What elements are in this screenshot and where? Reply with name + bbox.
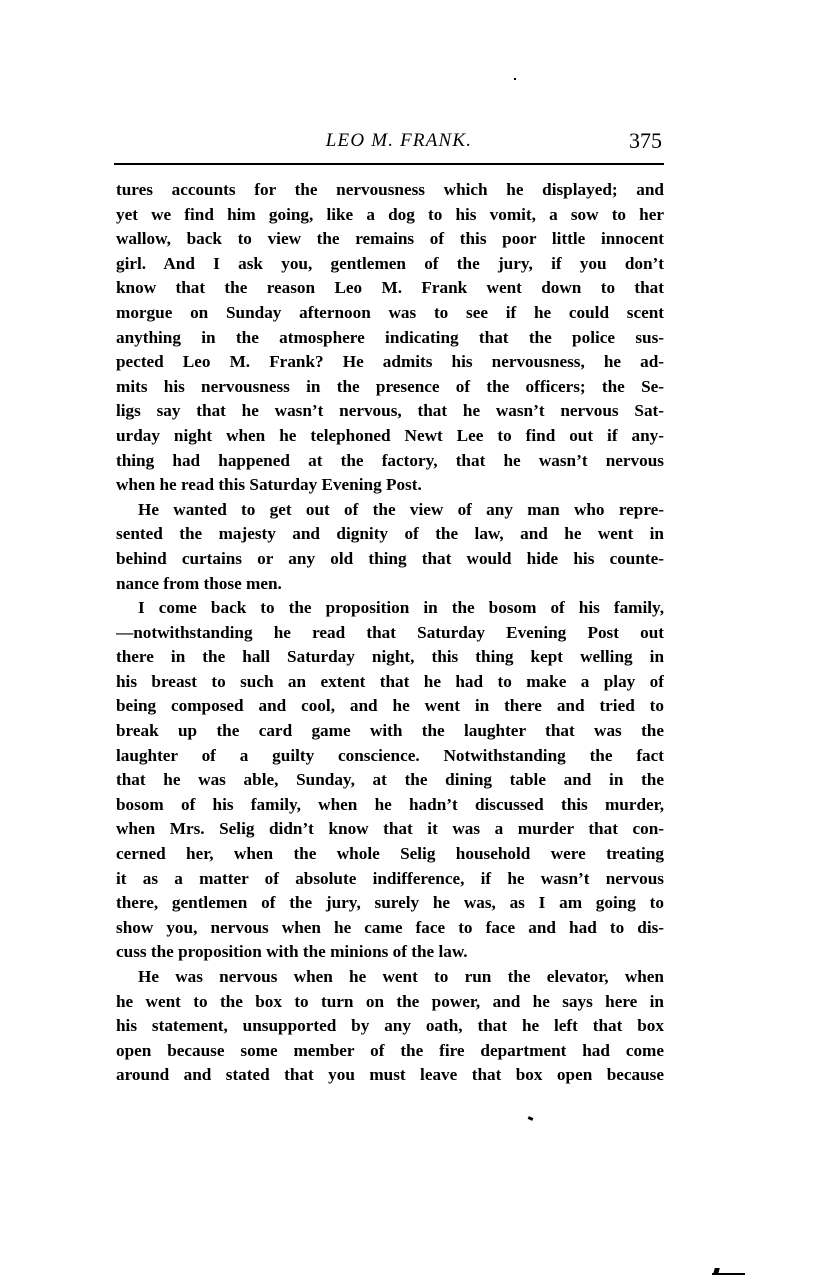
text-line: when he read this Saturday Evening Post. xyxy=(116,473,664,498)
paragraph: I come back to the proposition in the bo… xyxy=(116,596,664,965)
text-line: I come back to the proposition in the bo… xyxy=(116,596,664,621)
text-line: morgue on Sunday afternoon was to see if… xyxy=(116,301,664,326)
text-line: break up the card game with the laughter… xyxy=(116,719,664,744)
scan-speck-top xyxy=(514,78,516,80)
paragraph: He was nervous when he went to run the e… xyxy=(116,965,664,1088)
scan-speck-bottom xyxy=(528,1116,534,1121)
header-rule xyxy=(114,163,664,165)
text-line: his breast to such an extent that he had… xyxy=(116,670,664,695)
text-line: laughter of a guilty conscience. Notwith… xyxy=(116,744,664,769)
paragraph: He wanted to get out of the view of any … xyxy=(116,498,664,596)
text-line: anything in the atmosphere indicating th… xyxy=(116,326,664,351)
text-line: show you, nervous when he came face to f… xyxy=(116,916,664,941)
paragraph: tures accounts for the nervousness which… xyxy=(116,178,664,498)
text-line: yet we find him going, like a dog to his… xyxy=(116,203,664,228)
text-line: around and stated that you must leave th… xyxy=(116,1063,664,1088)
text-line: bosom of his family, when he hadn’t disc… xyxy=(116,793,664,818)
text-line: know that the reason Leo M. Frank went d… xyxy=(116,276,664,301)
text-line: urday night when he telephoned Newt Lee … xyxy=(116,424,664,449)
text-line: he went to the box to turn on the power,… xyxy=(116,990,664,1015)
running-title: LEO M. FRANK. xyxy=(114,130,664,152)
text-line: his statement, unsupported by any oath, … xyxy=(116,1014,664,1039)
text-line: —notwithstanding he read that Saturday E… xyxy=(116,621,664,646)
text-line: it as a matter of absolute indifference,… xyxy=(116,867,664,892)
text-line: nance from those men. xyxy=(116,572,664,597)
text-line: cerned her, when the whole Selig househo… xyxy=(116,842,664,867)
scan-mark-line xyxy=(712,1273,745,1275)
text-line: ligs say that he wasn’t nervous, that he… xyxy=(116,399,664,424)
text-line: there, gentlemen of the jury, surely he … xyxy=(116,891,664,916)
page-header: LEO M. FRANK. 375 xyxy=(114,128,664,162)
text-line: He wanted to get out of the view of any … xyxy=(116,498,664,523)
text-line: that he was able, Sunday, at the dining … xyxy=(116,768,664,793)
text-line: mits his nervousness in the presence of … xyxy=(116,375,664,400)
text-line: behind curtains or any old thing that wo… xyxy=(116,547,664,572)
text-line: pected Leo M. Frank? He admits his nervo… xyxy=(116,350,664,375)
text-line: there in the hall Saturday night, this t… xyxy=(116,645,664,670)
text-line: wallow, back to view the remains of this… xyxy=(116,227,664,252)
text-line: open because some member of the fire dep… xyxy=(116,1039,664,1064)
text-line: when Mrs. Selig didn’t know that it was … xyxy=(116,817,664,842)
text-line: sented the majesty and dignity of the la… xyxy=(116,522,664,547)
page-number: 375 xyxy=(629,128,662,154)
text-line: thing had happened at the factory, that … xyxy=(116,449,664,474)
text-line: being composed and cool, and he went in … xyxy=(116,694,664,719)
text-line: tures accounts for the nervousness which… xyxy=(116,178,664,203)
text-line: girl. And I ask you, gentlemen of the ju… xyxy=(116,252,664,277)
text-line: cuss the proposition with the minions of… xyxy=(116,940,664,965)
text-line: He was nervous when he went to run the e… xyxy=(116,965,664,990)
body-text: tures accounts for the nervousness which… xyxy=(116,178,664,1088)
